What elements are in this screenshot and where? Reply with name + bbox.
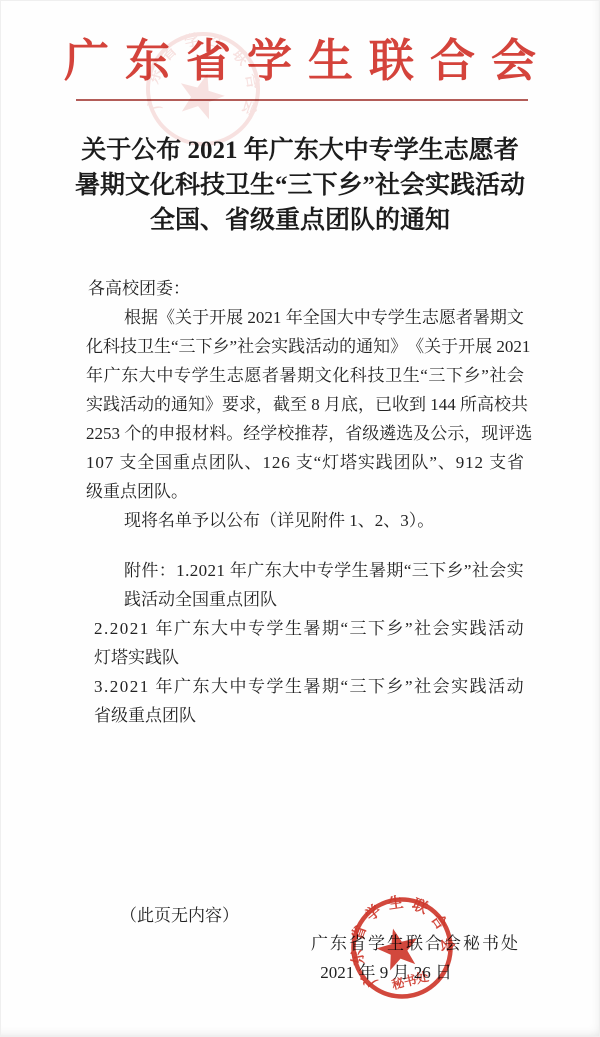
- paragraph1-line: 级重点团队。: [86, 477, 524, 506]
- paragraph1-line: 年广东大中专学生志愿者暑期文化科技卫生“三下乡”社会: [86, 361, 524, 390]
- title-line-2: 暑期文化科技卫生“三下乡”社会实践活动: [40, 168, 560, 203]
- paragraph1-line: 2253 个的申报材料。经学校推荐，省级遴选及公示，现评选: [86, 419, 524, 448]
- attachment-line: 2.2021 年广东大中专学生暑期“三下乡”社会实践活动: [86, 614, 524, 643]
- official-seal: 广东省学生联合会 秘书处: [327, 873, 477, 1023]
- paragraph1-line: 根据《关于开展 2021 年全国大中专学生志愿者暑期文: [86, 303, 524, 332]
- seal-star-icon: [373, 924, 423, 973]
- attachment-line: 省级重点团队: [86, 701, 524, 730]
- paragraph1-line: 107 支全国重点团队、126 支“灯塔实践团队”、912 支省: [86, 448, 524, 477]
- paragraph1-line: 化科技卫生“三下乡”社会实践活动的通知》《关于开展 2021: [86, 332, 524, 361]
- attachment-line: 3.2021 年广东大中专学生暑期“三下乡”社会实践活动: [86, 672, 524, 701]
- no-content-note: （此页无内容）: [120, 901, 239, 926]
- scanned-notice-document: 广东省学生联合会 广东省学生联合会 关于公布 2021 年广东大中专学生志愿者 …: [0, 0, 600, 1037]
- attachment-line: 附件：1.2021 年广东大中专学生暑期“三下乡”社会实: [86, 556, 524, 585]
- watermark-star-icon: [174, 67, 230, 121]
- letterhead-org-name: 广东省学生联合会: [0, 24, 600, 89]
- paragraph1-line: 实践活动的通知》要求，截至 8 月底，已收到 144 所高校共: [86, 390, 524, 419]
- title-line-3: 全国、省级重点团队的通知: [40, 203, 560, 238]
- title-line-1: 关于公布 2021 年广东大中专学生志愿者: [40, 133, 560, 168]
- body-text: 各高校团委： 根据《关于开展 2021 年全国大中专学生志愿者暑期文 化科技卫生…: [86, 274, 524, 535]
- attachment-line: 践活动全国重点团队: [86, 585, 524, 614]
- paragraph2: 现将名单予以公布（详见附件 1、2、3）。: [86, 506, 524, 535]
- attachments-list: 附件：1.2021 年广东大中专学生暑期“三下乡”社会实 践活动全国重点团队 2…: [86, 556, 524, 730]
- document-title: 关于公布 2021 年广东大中专学生志愿者 暑期文化科技卫生“三下乡”社会实践活…: [40, 133, 560, 238]
- salutation: 各高校团委：: [86, 274, 524, 303]
- attachment-line: 灯塔实践队: [86, 643, 524, 672]
